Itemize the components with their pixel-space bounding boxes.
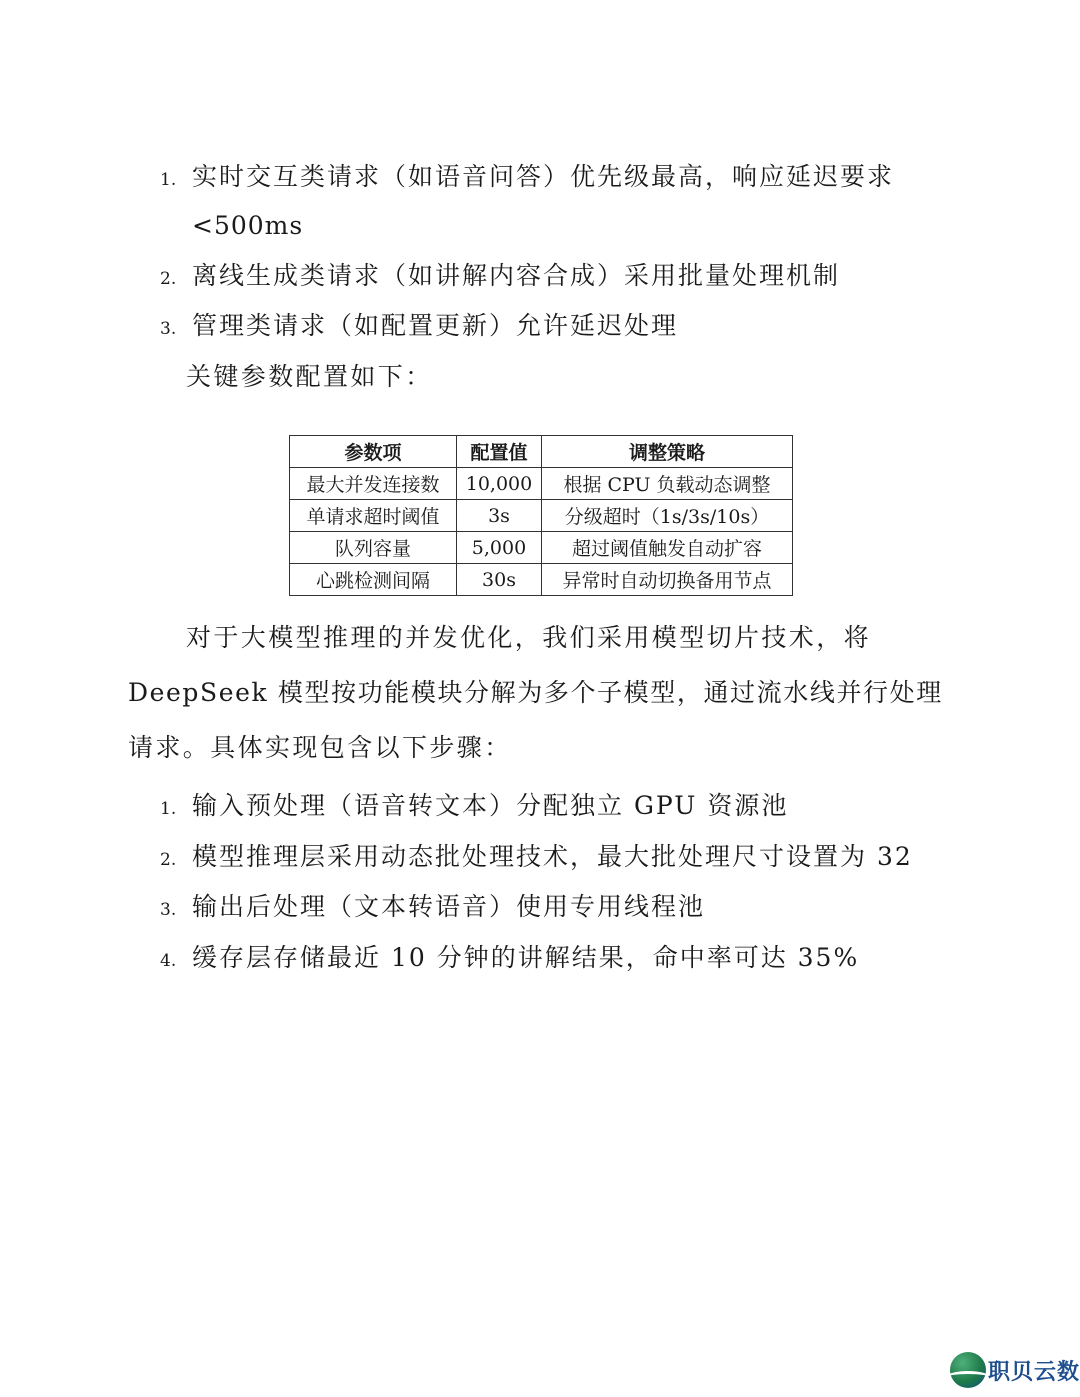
column-header: 参数项 <box>290 436 457 468</box>
table-row: 单请求超时阈值 3s 分级超时（1s/3s/10s） <box>290 500 793 532</box>
table-cell: 超过阈值触发自动扩容 <box>542 532 793 564</box>
list-number: 3. <box>160 312 192 346</box>
table-cell: 队列容量 <box>290 532 457 564</box>
table-cell: 心跳检测间隔 <box>290 564 457 596</box>
list-item: 3.管理类请求（如配置更新）允许延迟处理 <box>160 309 678 346</box>
wave-globe-icon <box>950 1352 986 1388</box>
table-cell: 根据 CPU 负载动态调整 <box>542 468 793 500</box>
column-header: 调整策略 <box>542 436 793 468</box>
list-text: 模型推理层采用动态批处理技术，最大批处理尺寸设置为 32 <box>192 842 913 871</box>
list-number: 4. <box>160 944 192 978</box>
list-text: 缓存层存储最近 10 分钟的讲解结果，命中率可达 35% <box>192 943 859 972</box>
list-text: 输入预处理（语音转文本）分配独立 GPU 资源池 <box>192 791 788 820</box>
intro-text: 关键参数配置如下： <box>186 360 433 394</box>
table-cell: 异常时自动切换备用节点 <box>542 564 793 596</box>
list-number: 1. <box>160 163 192 197</box>
list-item: 1.实时交互类请求（如语音问答）优先级最高，响应延迟要求 <box>160 160 894 197</box>
brand-name: 职贝云数 <box>988 1355 1080 1386</box>
table-cell: 分级超时（1s/3s/10s） <box>542 500 793 532</box>
list-continuation: <500ms <box>192 209 303 243</box>
brand-logo: 职贝云数 <box>950 1352 1080 1388</box>
list-text: 输出后处理（文本转语音）使用专用线程池 <box>192 892 705 921</box>
table-cell: 5,000 <box>457 532 542 564</box>
paragraph-line: 请求。具体实现包含以下步骤： <box>128 731 512 765</box>
table-cell: 30s <box>457 564 542 596</box>
document-page: 1.实时交互类请求（如语音问答）优先级最高，响应延迟要求 <500ms 2.离线… <box>0 0 1080 1397</box>
table-row: 最大并发连接数 10,000 根据 CPU 负载动态调整 <box>290 468 793 500</box>
list-item: 2.模型推理层采用动态批处理技术，最大批处理尺寸设置为 32 <box>160 840 913 877</box>
table-cell: 单请求超时阈值 <box>290 500 457 532</box>
parameter-table: 参数项 配置值 调整策略 最大并发连接数 10,000 根据 CPU 负载动态调… <box>289 435 793 596</box>
table-header-row: 参数项 配置值 调整策略 <box>290 436 793 468</box>
table-row: 心跳检测间隔 30s 异常时自动切换备用节点 <box>290 564 793 596</box>
list-text: 管理类请求（如配置更新）允许延迟处理 <box>192 311 678 340</box>
column-header: 配置值 <box>457 436 542 468</box>
table-cell: 3s <box>457 500 542 532</box>
table-cell: 最大并发连接数 <box>290 468 457 500</box>
list-number: 2. <box>160 843 192 877</box>
list-item: 3.输出后处理（文本转语音）使用专用线程池 <box>160 890 705 927</box>
list-item: 4.缓存层存储最近 10 分钟的讲解结果，命中率可达 35% <box>160 941 859 978</box>
table-row: 队列容量 5,000 超过阈值触发自动扩容 <box>290 532 793 564</box>
list-number: 2. <box>160 262 192 296</box>
list-item: 1.输入预处理（语音转文本）分配独立 GPU 资源池 <box>160 789 788 826</box>
list-item: 2.离线生成类请求（如讲解内容合成）采用批量处理机制 <box>160 259 840 296</box>
table-cell: 10,000 <box>457 468 542 500</box>
list-text: 实时交互类请求（如语音问答）优先级最高，响应延迟要求 <box>192 162 894 191</box>
paragraph-line: DeepSeek 模型按功能模块分解为多个子模型，通过流水线并行处理 <box>128 676 943 710</box>
list-number: 3. <box>160 893 192 927</box>
list-number: 1. <box>160 792 192 826</box>
list-text: 离线生成类请求（如讲解内容合成）采用批量处理机制 <box>192 261 840 290</box>
paragraph-line: 对于大模型推理的并发优化，我们采用模型切片技术，将 <box>186 621 871 655</box>
